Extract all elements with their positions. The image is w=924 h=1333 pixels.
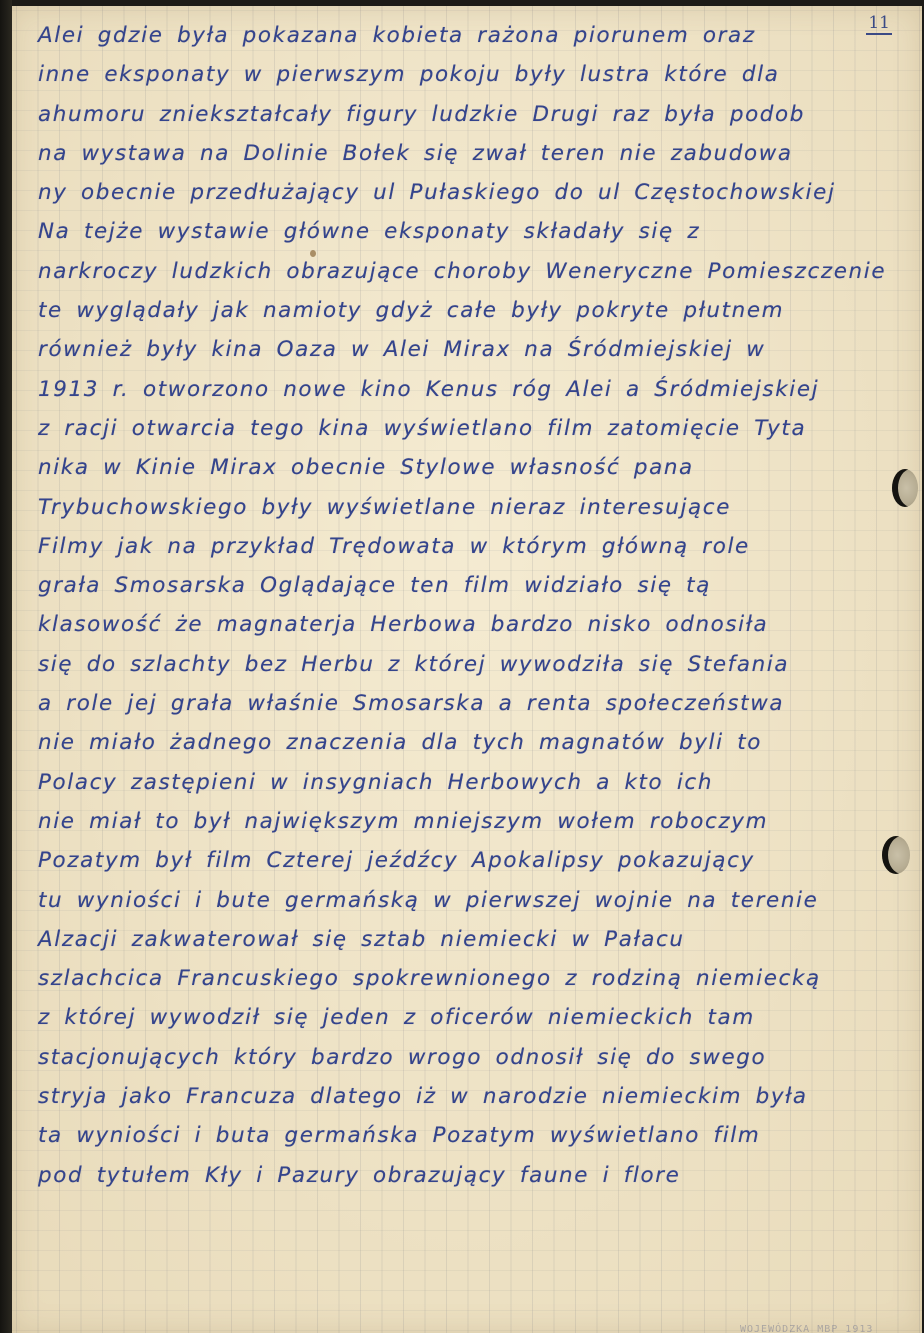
archive-stamp: WOJEWÓDZKA MBP 1913	[740, 1324, 873, 1333]
text-line-5: ny obecnie przedłużający ul Pułaskiego d…	[38, 173, 895, 212]
scanned-document: 11 Alei gdzie była pokazana kobieta rażo…	[0, 0, 924, 1333]
text-line-10: 1913 r. otworzono nowe kino Kenus róg Al…	[38, 370, 895, 409]
manuscript-page: 11 Alei gdzie była pokazana kobieta rażo…	[10, 6, 922, 1333]
text-line-1: Alei gdzie była pokazana kobieta rażona …	[38, 16, 895, 55]
text-line-3: ahumoru zniekształcały figury ludzkie Dr…	[38, 95, 895, 134]
punch-hole-icon	[882, 836, 910, 874]
text-line-25: szlachcica Francuskiego spokrewnionego z…	[38, 959, 895, 998]
text-line-30: pod tytułem Kły i Pazury obrazujący faun…	[38, 1156, 895, 1195]
text-line-23: tu wyniości i bute germańską w pierwszej…	[38, 881, 895, 920]
text-line-15: grała Smosarska Oglądające ten film widz…	[38, 566, 895, 605]
text-line-18: a role jej grała właśnie Smosarska a ren…	[38, 684, 895, 723]
text-line-20: Polacy zastępieni w insygniach Herbowych…	[38, 763, 895, 802]
text-line-11: z racji otwarcia tego kina wyświetlano f…	[38, 409, 895, 448]
text-line-19: nie miało żadnego znaczenia dla tych mag…	[38, 723, 895, 762]
text-line-9: również były kina Oaza w Alei Mirax na Ś…	[38, 330, 895, 369]
text-line-13: Trybuchowskiego były wyświetlane nieraz …	[38, 488, 895, 527]
text-line-17: się do szlachty bez Herbu z której wywod…	[38, 645, 895, 684]
text-line-26: z której wywodził się jeden z oficerów n…	[38, 998, 895, 1037]
text-line-12: nika w Kinie Mirax obecnie Stylowe własn…	[38, 448, 895, 487]
text-line-8: te wyglądały jak namioty gdyż całe były …	[38, 291, 895, 330]
punch-hole-icon	[892, 469, 918, 507]
text-line-2: inne eksponaty w pierwszym pokoju były l…	[38, 55, 895, 94]
scanner-background-left	[0, 0, 12, 1333]
text-line-22: Pozatym był film Czterej jeźdźcy Apokali…	[38, 841, 895, 880]
text-line-7: narkroczy ludzkich obrazujące choroby We…	[38, 252, 895, 291]
text-line-28: stryja jako Francuza dlatego iż w narodz…	[38, 1077, 895, 1116]
text-line-24: Alzacji zakwaterował się sztab niemiecki…	[38, 920, 895, 959]
text-line-21: nie miał to był największym mniejszym wo…	[38, 802, 895, 841]
text-line-29: ta wyniości i buta germańska Pozatym wyś…	[38, 1116, 895, 1155]
text-line-16: klasowość że magnaterja Herbowa bardzo n…	[38, 605, 895, 644]
text-line-6: Na tejże wystawie główne eksponaty skład…	[38, 212, 895, 251]
text-line-14: Filmy jak na przykład Trędowata w którym…	[38, 527, 895, 566]
text-line-27: stacjonujących który bardzo wrogo odnosi…	[38, 1038, 895, 1077]
handwritten-text-block: Alei gdzie była pokazana kobieta rażona …	[38, 16, 878, 1195]
text-line-4: na wystawa na Dolinie Bołek się zwał ter…	[38, 134, 895, 173]
